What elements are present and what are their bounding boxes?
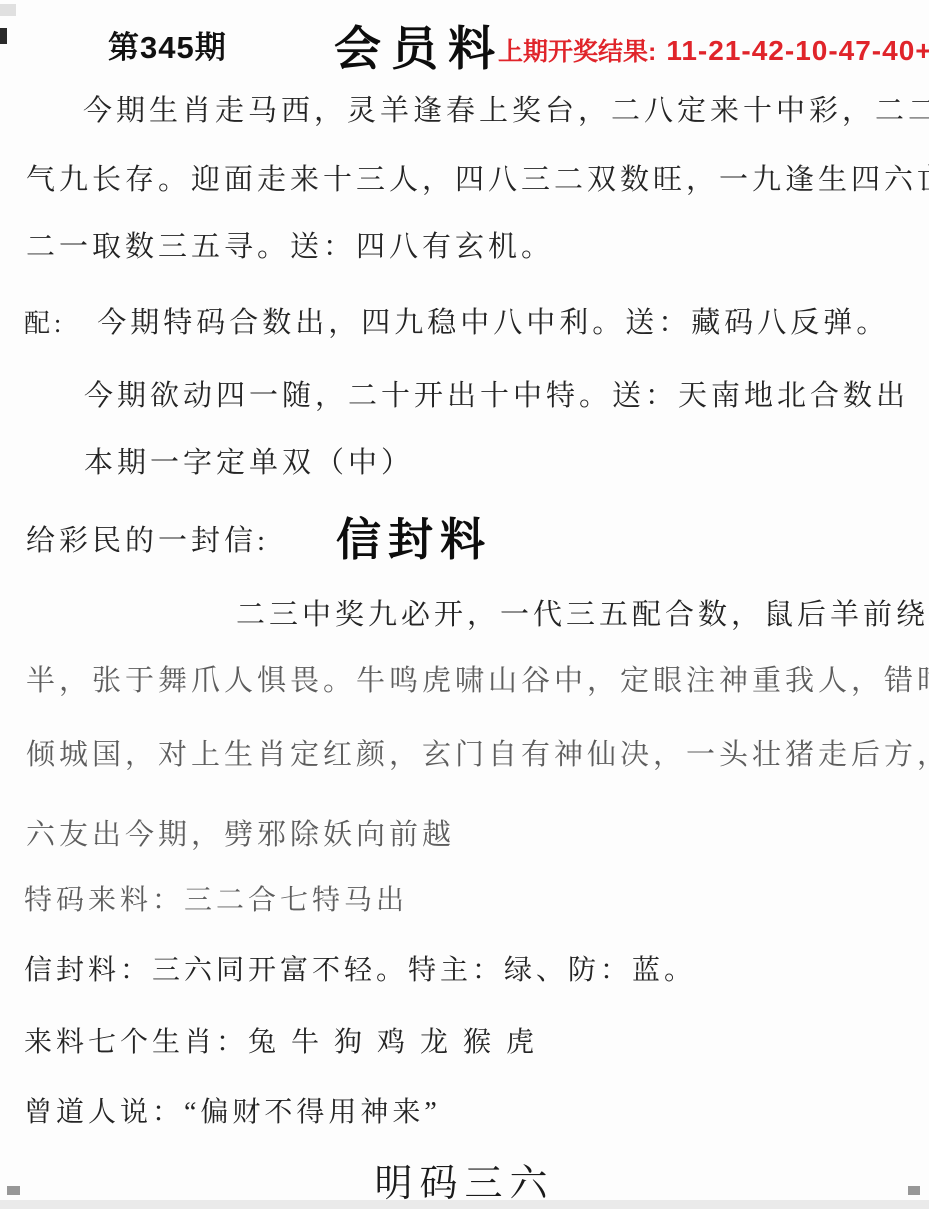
letter-line: 二三中奖九必开，一代三五配合数，鼠后羊前绕圈 <box>236 592 929 633</box>
scan-artifact <box>0 28 7 44</box>
letter-line: 半，张于舞爪人惧畏。牛鸣虎啸山谷中，定眼注神重我人，错时一点 <box>26 658 929 699</box>
scan-artifact <box>0 4 16 16</box>
scan-artifact <box>0 1200 929 1209</box>
tips-line-pei: 配:今期特码合数出，四九稳中八中利。送：藏码八反弹。 <box>24 300 889 341</box>
tips-line: 今期生肖走马西，灵羊逢春上奖台，二八定来十中彩，二二浩 <box>83 88 929 129</box>
result-label: 上期开奖结果: <box>498 32 656 68</box>
envelope-line: 信封料：三六同开富不轻。特主：绿、防：蓝。 <box>24 948 696 988</box>
tips-line: 二一取数三五寻。送：四八有玄机。 <box>26 224 554 265</box>
issue-number: 第345期 <box>108 22 227 67</box>
footer-highlight: 明码三六 <box>0 1152 929 1207</box>
special-code-line: 特码来料：三二合七特马出 <box>24 878 408 918</box>
letter-title: 信封料 <box>336 503 492 568</box>
pei-text: 今期特码合数出，四九稳中八中利。送：藏码八反弹。 <box>65 300 889 341</box>
scan-artifact <box>7 1186 20 1195</box>
previous-draw-result: 上期开奖结果: 11-21-42-10-47-40+27 <box>498 32 929 68</box>
tips-line: 本期一字定单双（中） <box>84 440 414 481</box>
tip-sheet-page: 第345期 会员料 上期开奖结果: 11-21-42-10-47-40+27 今… <box>0 0 929 1209</box>
letter-line: 六友出今期，劈邪除妖向前越 <box>26 812 455 853</box>
quote-line: 曾道人说：“偏财不得用神来” <box>24 1090 441 1130</box>
letter-intro: 给彩民的一封信: <box>26 518 269 559</box>
tips-line: 今期欲动四一随，二十开出十中特。送：天南地北合数出 <box>84 373 909 414</box>
letter-line: 倾城国，对上生肖定红颜，玄门自有神仙决，一头壮猪走后方，四亲 <box>26 732 929 773</box>
page-title: 会员料 <box>334 12 505 79</box>
zodiac-line: 来料七个生肖：兔 牛 狗 鸡 龙 猴 虎 <box>24 1020 538 1060</box>
result-numbers: 11-21-42-10-47-40+27 <box>666 35 929 67</box>
scan-artifact <box>908 1186 920 1195</box>
pei-label: 配: <box>24 303 65 340</box>
tips-line: 气九长存。迎面走来十三人，四八三二双数旺，一九逢生四六亡， <box>26 157 929 198</box>
